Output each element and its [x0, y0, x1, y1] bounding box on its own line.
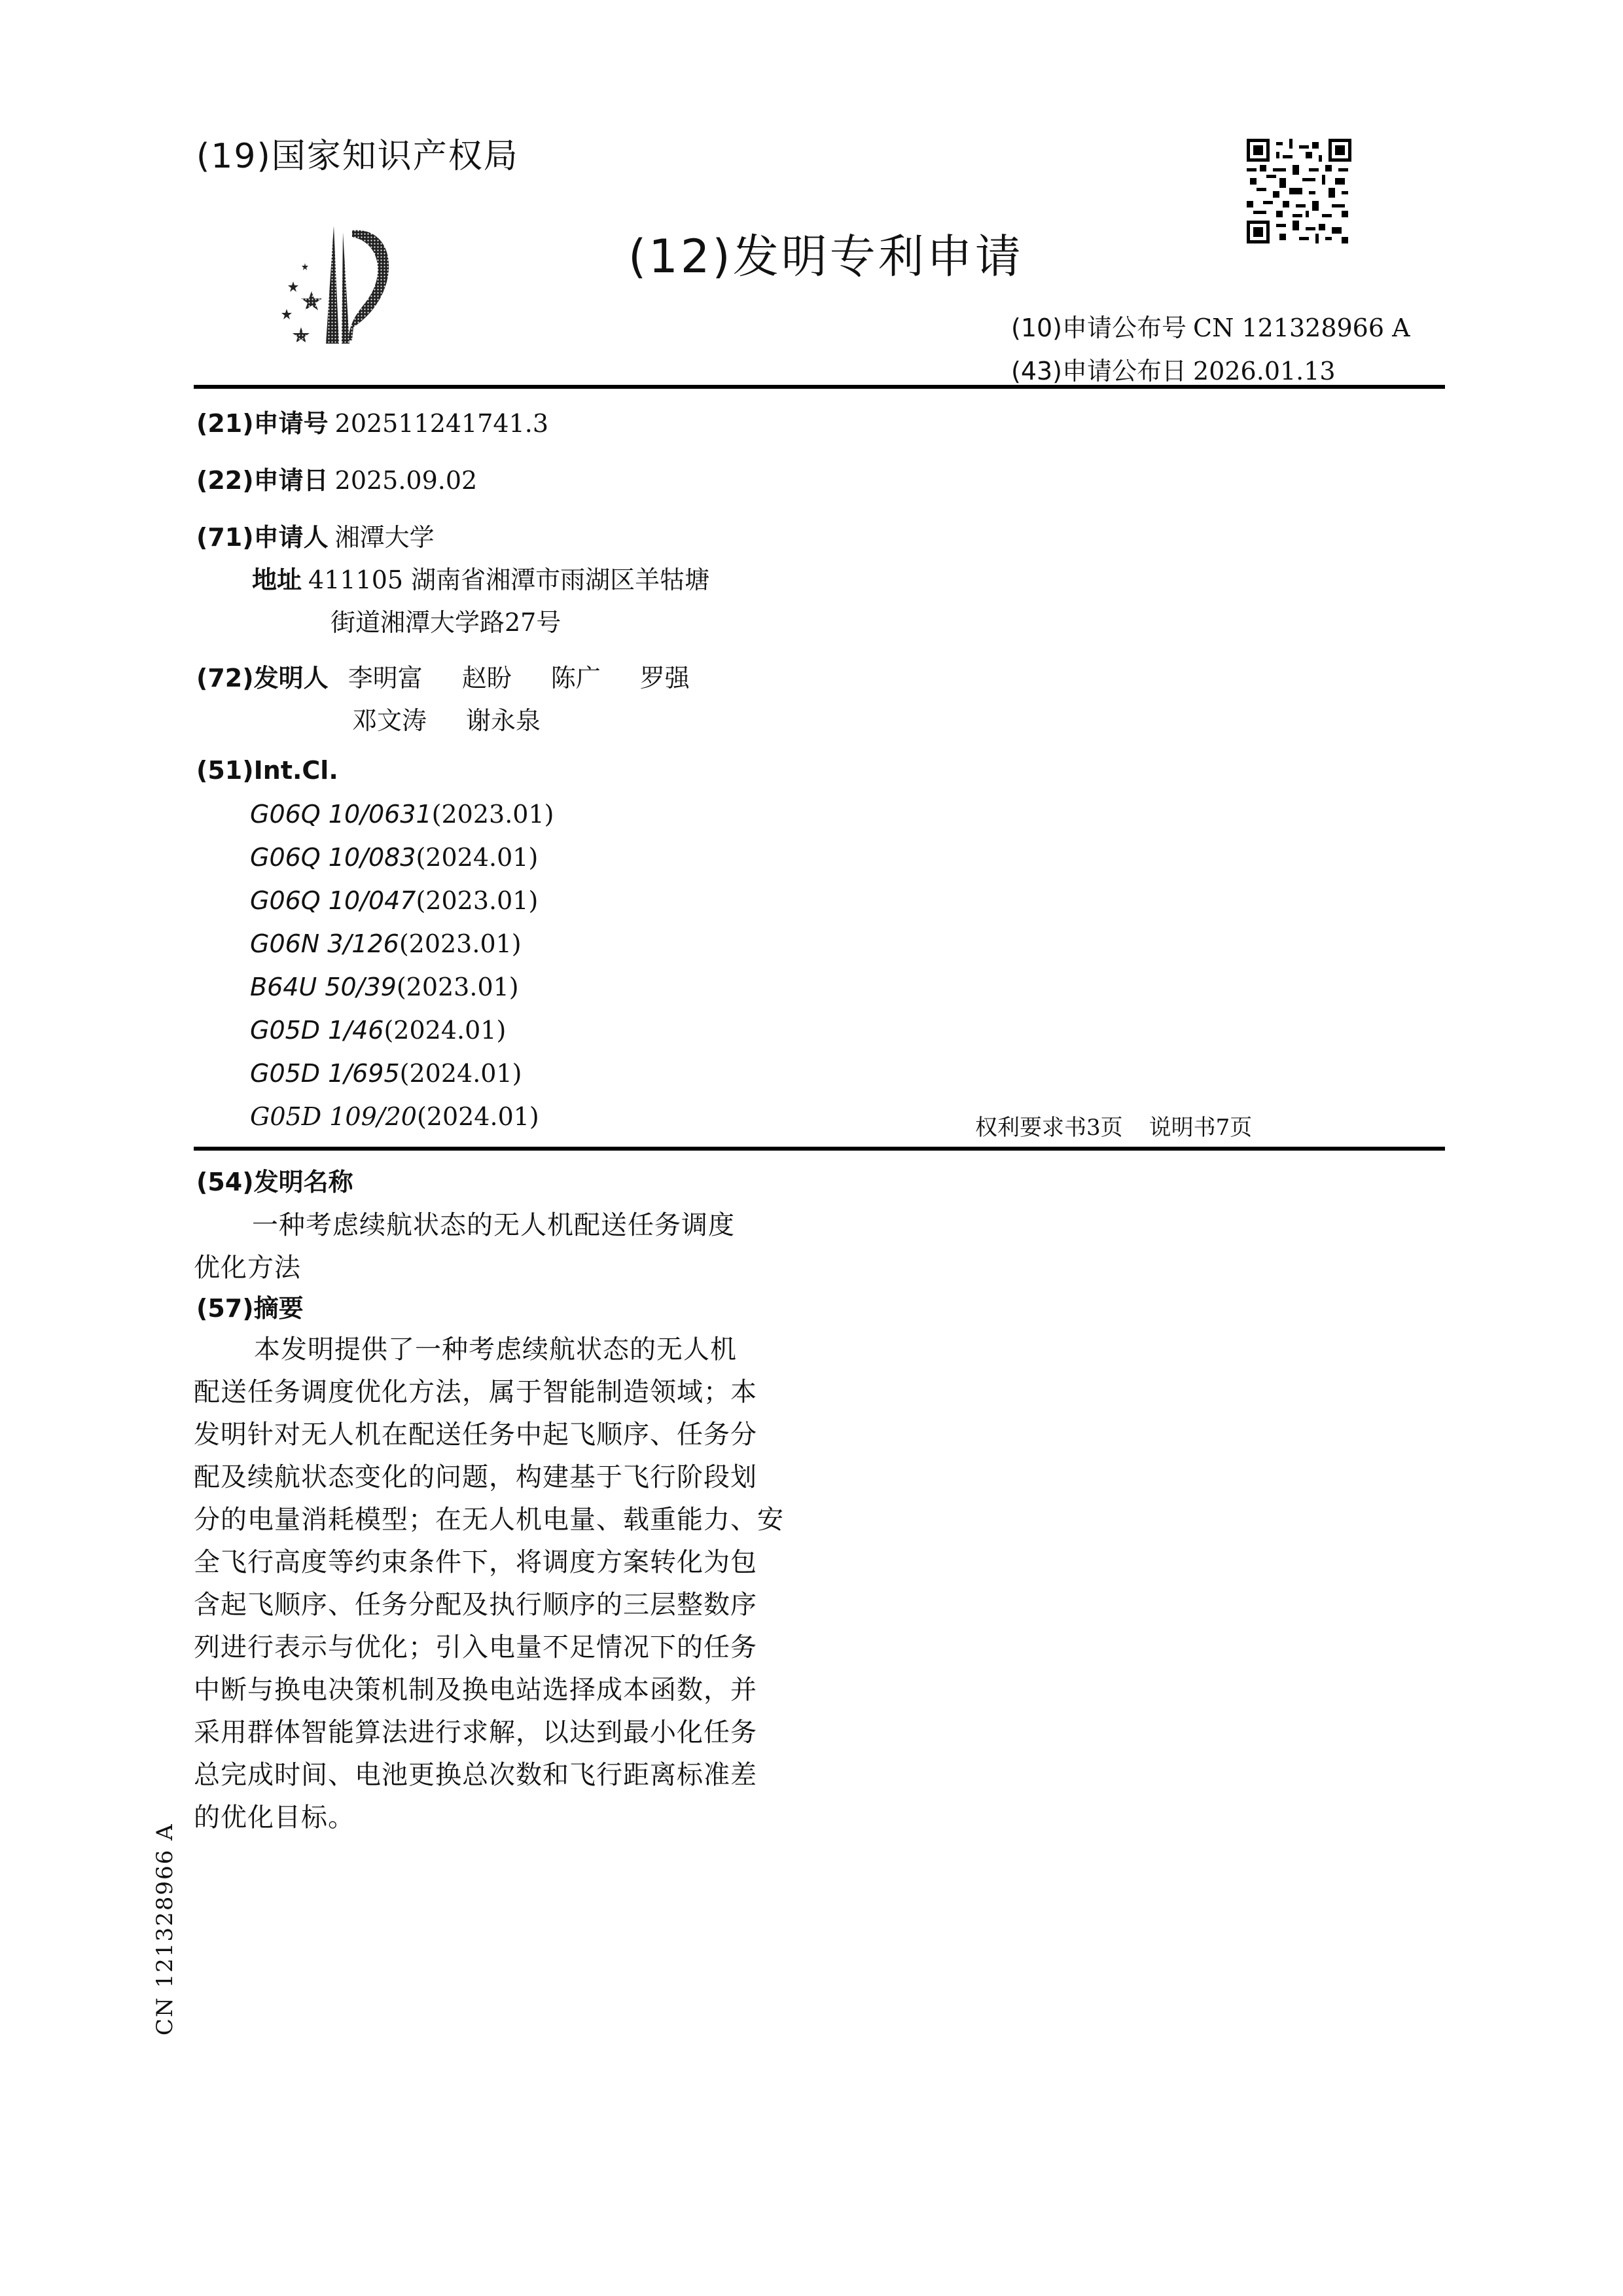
inventor-name: 赵盼	[462, 658, 512, 694]
publication-number: (10)申请公布号CN 121328966 A	[1011, 308, 1410, 344]
doc-kind-code: (12)	[628, 230, 733, 283]
ipc-item: G06N 3/126(2023.01)	[250, 929, 522, 959]
publication-date-code: (43)	[1011, 357, 1062, 386]
application-number-value: 202511241741.3	[335, 409, 548, 438]
address-line-1: 411105 湖南省湘潭市雨湖区羊牯塘	[308, 565, 709, 594]
publication-date: (43)申请公布日2026.01.13	[1011, 351, 1336, 387]
abstract-line: 全飞行高度等约束条件下，将调度方案转化为包	[194, 1541, 793, 1584]
abstract-body: 本发明提供了一种考虑续航状态的无人机 配送任务调度优化方法，属于智能制造领域；本…	[194, 1329, 793, 1839]
applicant-value: 湘潭大学	[335, 523, 435, 552]
publication-number-code: (10)	[1011, 314, 1062, 342]
ipc-item: B64U 50/39(2023.01)	[250, 973, 519, 1002]
inventor-name: 邓文涛	[352, 700, 427, 736]
abstract-line: 分的电量消耗模型；在无人机电量、载重能力、安	[194, 1499, 793, 1541]
field-label: 申请人	[254, 523, 329, 552]
header-divider	[194, 385, 1445, 389]
inventor-name: 李明富	[348, 658, 423, 694]
ipc-item: G05D 109/20(2024.01)	[250, 1102, 539, 1132]
application-number-field: (21)申请号202511241741.3	[196, 403, 548, 439]
vertical-publication-number: CN 121328966 A	[152, 1823, 178, 2036]
abstract-heading: (57)摘要	[196, 1288, 304, 1324]
office-heading: (19)国家知识产权局	[196, 128, 519, 177]
inventor-name: 罗强	[640, 658, 690, 694]
field-label: 发明人	[254, 664, 329, 692]
field-label: 发明名称	[254, 1168, 353, 1196]
address-field: 地址411105 湖南省湘潭市雨湖区羊牯塘	[252, 560, 709, 596]
field-code: (22)	[196, 466, 254, 495]
doc-kind: 发明专利申请	[733, 230, 1024, 283]
field-code: (71)	[196, 523, 254, 552]
field-code: (57)	[196, 1294, 254, 1323]
abstract-line: 总完成时间、电池更换总次数和飞行距离标准差	[194, 1754, 793, 1797]
inventor-name: 陈广	[551, 658, 601, 694]
ipc-item: G05D 1/695(2024.01)	[250, 1059, 522, 1088]
field-code: (51)	[196, 756, 254, 785]
publication-date-value: 2026.01.13	[1193, 357, 1336, 386]
publication-number-label: 申请公布号	[1062, 314, 1186, 342]
inventors-row-2: 邓文涛谢永泉	[352, 700, 580, 736]
abstract-line: 配送任务调度优化方法，属于智能制造领域；本	[194, 1371, 793, 1414]
abstract-line: 的优化目标。	[194, 1797, 793, 1839]
applicant-field: (71)申请人湘潭大学	[196, 517, 435, 553]
ipc-item: G06Q 10/083(2024.01)	[250, 843, 538, 872]
abstract-line: 中断与换电决策机制及换电站选择成本函数，并	[194, 1669, 793, 1712]
field-label: Int.Cl.	[254, 756, 338, 785]
inventor-name: 谢永泉	[466, 700, 541, 736]
cnipa-logo-icon	[268, 223, 425, 347]
document-type-heading: (12)发明专利申请	[628, 220, 1024, 286]
ipc-item: G05D 1/46(2024.01)	[250, 1016, 506, 1045]
qr-code-icon[interactable]	[1247, 139, 1351, 243]
page-counts: 权利要求书3页说明书7页	[975, 1109, 1252, 1141]
abstract-line: 含起飞顺序、任务分配及执行顺序的三层整数序	[194, 1584, 793, 1626]
invention-title-line-2: 优化方法	[194, 1247, 301, 1284]
claims-page-count: 权利要求书3页	[975, 1115, 1123, 1141]
description-page-count: 说明书7页	[1149, 1115, 1253, 1141]
office-name: 国家知识产权局	[272, 137, 519, 176]
field-label: 申请日	[254, 466, 329, 495]
filing-date-field: (22)申请日2025.09.02	[196, 460, 477, 496]
invention-title-heading: (54)发明名称	[196, 1162, 353, 1198]
field-code: (72)	[196, 664, 254, 692]
filing-date-value: 2025.09.02	[335, 466, 478, 495]
inventors-field: (72)发明人 李明富赵盼陈广罗强	[196, 658, 729, 694]
publication-number-value: CN 121328966 A	[1193, 314, 1410, 342]
abstract-line: 发明针对无人机在配送任务中起飞顺序、任务分	[194, 1414, 793, 1456]
section-divider	[194, 1147, 1445, 1151]
address-line-2: 街道湘潭大学路27号	[330, 602, 561, 638]
abstract-line: 列进行表示与优化；引入电量不足情况下的任务	[194, 1626, 793, 1669]
field-label: 申请号	[254, 409, 329, 438]
ipc-item: G06Q 10/0631(2023.01)	[250, 800, 554, 829]
int-cl-heading: (51)Int.Cl.	[196, 756, 338, 785]
abstract-line: 配及续航状态变化的问题，构建基于飞行阶段划	[194, 1456, 793, 1499]
field-label: 摘要	[254, 1294, 304, 1323]
abstract-line: 本发明提供了一种考虑续航状态的无人机	[194, 1329, 793, 1371]
office-code: (19)	[196, 137, 272, 176]
field-code: (54)	[196, 1168, 254, 1196]
publication-date-label: 申请公布日	[1062, 357, 1186, 386]
ipc-item: G06Q 10/047(2023.01)	[250, 886, 538, 916]
invention-title-line-1: 一种考虑续航状态的无人机配送任务调度	[252, 1204, 735, 1242]
abstract-line: 采用群体智能算法进行求解，以达到最小化任务	[194, 1712, 793, 1754]
address-label: 地址	[252, 565, 302, 594]
field-code: (21)	[196, 409, 254, 438]
